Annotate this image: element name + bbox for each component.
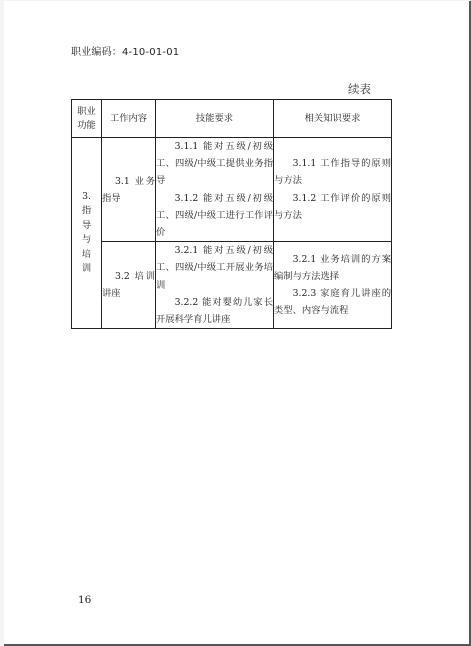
function-char: 与 [72,233,101,248]
header-work-content: 工作内容 [102,100,156,138]
function-char: 导 [72,219,101,234]
knowledge-requirements-cell: 3.1.1 工作指导的原则与方法 3.1.2 工作评价的原则与方法 [274,138,392,242]
document-page: 职业编码：4-10-01-01 续表 职业 功能 工作内容 技能要求 相关知识要… [4,1,471,646]
function-cell: 3. 指 导 与 培 训 [72,138,102,329]
header-knowledge-requirements: 相关知识要求 [274,100,392,138]
page-number: 16 [78,594,91,606]
skill-requirements-cell: 3.1.1 能对五级/初级工、四级/中级工提供业务指导 3.1.2 能对五级/初… [156,138,274,242]
function-char: 指 [72,204,101,219]
knowledge-item: 3.2.3 家庭育儿讲座的类型、内容与流程 [274,285,391,319]
function-char: 3. [72,190,101,205]
table-header-row: 职业 功能 工作内容 技能要求 相关知识要求 [72,100,392,138]
header-function-line-2: 功能 [72,119,101,133]
knowledge-item: 3.1.2 工作评价的原则与方法 [274,190,391,224]
header-skill-requirements: 技能要求 [156,100,274,138]
function-char: 培 [72,248,101,263]
skill-item: 3.2.1 能对五级/初级工、四级/中级工开展业务培训 [156,242,273,294]
skill-item: 3.2.2 能对婴幼儿家长开展科学育儿讲座 [156,294,273,328]
skill-requirements-cell: 3.2.1 能对五级/初级工、四级/中级工开展业务培训 3.2.2 能对婴幼儿家… [156,242,274,329]
work-content-line-2: 讲座 [102,285,155,302]
knowledge-item: 3.1.1 工作指导的原则与方法 [274,155,391,189]
work-content-line-1: 3.2 培训 [102,268,155,285]
work-content-cell: 3.2 培训 讲座 [102,242,156,329]
header-function-line-1: 职业 [72,105,101,119]
work-content-cell: 3.1 业务 指导 [102,138,156,242]
skill-item: 3.1.1 能对五级/初级工、四级/中级工提供业务指导 [156,138,273,190]
competency-table: 职业 功能 工作内容 技能要求 相关知识要求 3. 指 导 与 培 训 [71,99,392,329]
table-row: 3.2 培训 讲座 3.2.1 能对五级/初级工、四级/中级工开展业务培训 3.… [72,242,392,329]
knowledge-requirements-cell: 3.2.1 业务培训的方案编制与方法选择 3.2.3 家庭育儿讲座的类型、内容与… [274,242,392,329]
table-row: 3. 指 导 与 培 训 3.1 业务 指导 3.1.1 能对五级/初级工、四级… [72,138,392,242]
occupation-code-header: 职业编码：4-10-01-01 [71,43,179,58]
knowledge-item: 3.2.1 业务培训的方案编制与方法选择 [274,251,391,285]
header-function: 职业 功能 [72,100,102,138]
work-content-line-2: 指导 [102,190,155,207]
work-content-line-1: 3.1 业务 [102,173,155,190]
table-continued-label: 续表 [348,81,371,97]
skill-item: 3.1.2 能对五级/初级工、四级/中级工进行工作评价 [156,190,273,242]
function-char: 训 [72,262,101,277]
